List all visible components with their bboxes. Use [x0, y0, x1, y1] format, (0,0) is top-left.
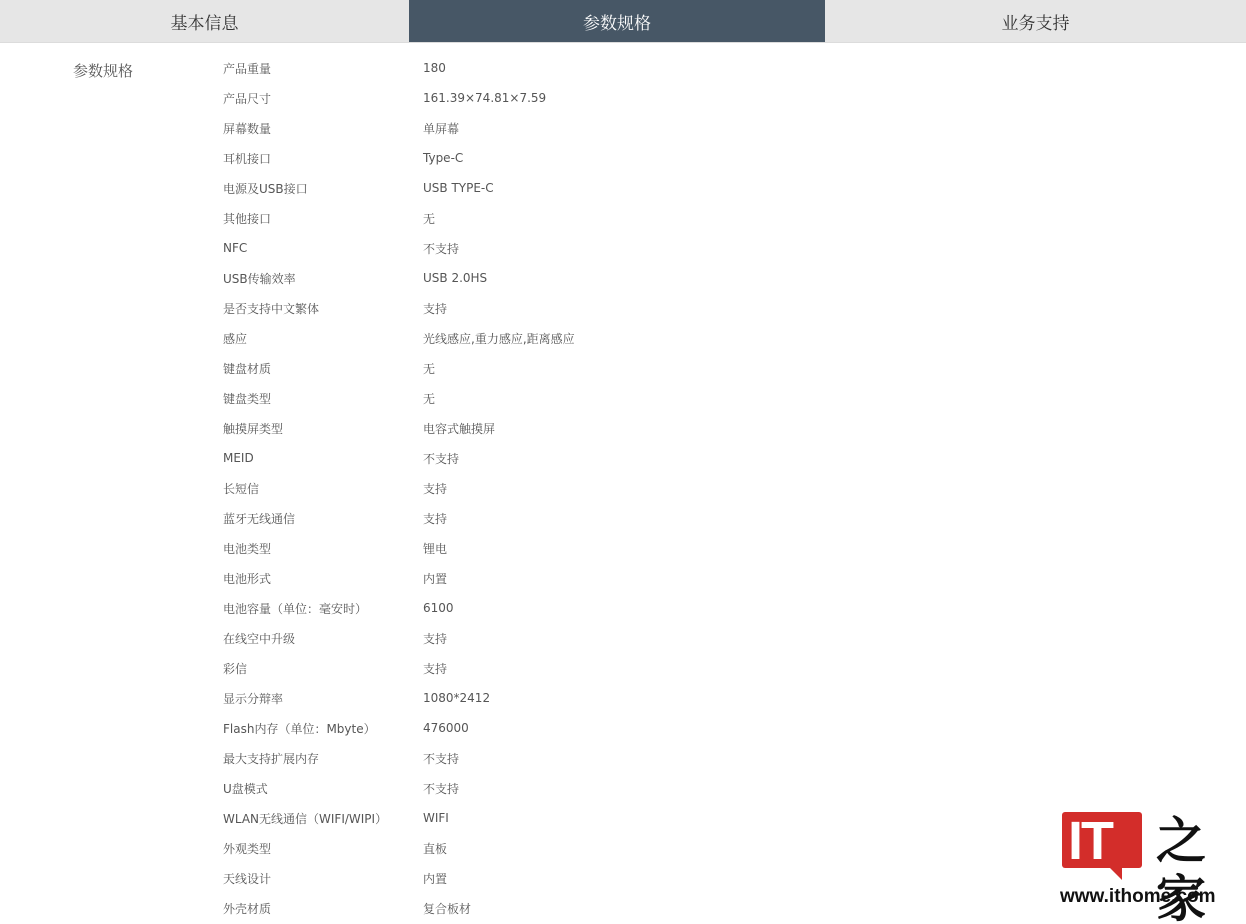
- spec-value: 无: [423, 390, 723, 407]
- tab-bar: 基本信息 参数规格 业务支持: [0, 0, 1246, 43]
- spec-key: MEID: [223, 451, 423, 465]
- spec-value: 不支持: [423, 450, 723, 467]
- spec-row: 电源及USB接口USB TYPE-C: [223, 173, 723, 203]
- spec-value: USB TYPE-C: [423, 181, 723, 195]
- spec-value: 1080*2412: [423, 691, 723, 705]
- logo-url: www.ithome.com: [1060, 886, 1216, 908]
- spec-value: 无: [423, 360, 723, 377]
- spec-value: 光线感应,重力感应,距离感应: [423, 330, 723, 347]
- spec-row: 长短信支持: [223, 473, 723, 503]
- spec-key: 在线空中升级: [223, 630, 423, 647]
- spec-key: WLAN无线通信（WIFI/WIPI）: [223, 810, 423, 827]
- spec-row: 感应光线感应,重力感应,距离感应: [223, 323, 723, 353]
- spec-key: 最大支持扩展内存: [223, 750, 423, 767]
- spec-row: MEID不支持: [223, 443, 723, 473]
- spec-value: 支持: [423, 630, 723, 647]
- spec-key: 感应: [223, 330, 423, 347]
- spec-value: 内置: [423, 870, 723, 887]
- spec-value: 支持: [423, 300, 723, 317]
- spec-value: 支持: [423, 660, 723, 677]
- spec-row: 外壳材质复合板材: [223, 893, 723, 923]
- spec-value: 无: [423, 210, 723, 227]
- spec-row: WLAN无线通信（WIFI/WIPI）WIFI: [223, 803, 723, 833]
- spec-row: 产品重量180: [223, 53, 723, 83]
- spec-key: 彩信: [223, 660, 423, 677]
- spec-row: 键盘材质无: [223, 353, 723, 383]
- spec-row: NFC不支持: [223, 233, 723, 263]
- spec-row: 其他接口无: [223, 203, 723, 233]
- spec-value: 不支持: [423, 780, 723, 797]
- spec-value: WIFI: [423, 811, 723, 825]
- spec-value: 支持: [423, 510, 723, 527]
- spec-row: U盘模式不支持: [223, 773, 723, 803]
- spec-row: Flash内存（单位：Mbyte）476000: [223, 713, 723, 743]
- spec-row: 天线设计内置: [223, 863, 723, 893]
- it-logo-text: IT: [1068, 812, 1112, 870]
- spec-row: 在线空中升级支持: [223, 623, 723, 653]
- spec-value: USB 2.0HS: [423, 271, 723, 285]
- spec-row: USB传输效率USB 2.0HS: [223, 263, 723, 293]
- spec-value: 支持: [423, 480, 723, 497]
- spec-key: 产品尺寸: [223, 90, 423, 107]
- spec-key: 电源及USB接口: [223, 180, 423, 197]
- spec-row: 耳机接口Type-C: [223, 143, 723, 173]
- spec-row: 电池容量（单位：毫安时）6100: [223, 593, 723, 623]
- spec-value: 单屏幕: [423, 120, 723, 137]
- spec-key: 键盘类型: [223, 390, 423, 407]
- spec-key: 屏幕数量: [223, 120, 423, 137]
- spec-row: 屏幕数量单屏幕: [223, 113, 723, 143]
- spec-key: 外观类型: [223, 840, 423, 857]
- section-title: 参数规格: [73, 60, 133, 81]
- it-logo-icon: IT: [1062, 812, 1142, 868]
- spec-row: 是否支持中文繁体支持: [223, 293, 723, 323]
- spec-key: USB传输效率: [223, 270, 423, 287]
- spec-value: 476000: [423, 721, 723, 735]
- spec-value: 电容式触摸屏: [423, 420, 723, 437]
- ithome-watermark: IT 之家 www.ithome.com: [1060, 810, 1230, 915]
- spec-value: 不支持: [423, 240, 723, 257]
- spec-key: NFC: [223, 241, 423, 255]
- spec-value: 复合板材: [423, 900, 723, 917]
- spec-row: 显示分辩率1080*2412: [223, 683, 723, 713]
- spec-key: 产品重量: [223, 60, 423, 77]
- spec-row: 最大支持扩展内存不支持: [223, 743, 723, 773]
- spec-value: 锂电: [423, 540, 723, 557]
- speech-bubble-tail-icon: [1108, 866, 1122, 880]
- spec-row: 电池形式内置: [223, 563, 723, 593]
- spec-key: 电池类型: [223, 540, 423, 557]
- spec-key: 是否支持中文繁体: [223, 300, 423, 317]
- spec-value: 不支持: [423, 750, 723, 767]
- spec-value: 180: [423, 61, 723, 75]
- spec-key: Flash内存（单位：Mbyte）: [223, 720, 423, 737]
- spec-table: 产品重量180产品尺寸161.39×74.81×7.59屏幕数量单屏幕耳机接口T…: [223, 53, 723, 923]
- spec-key: 键盘材质: [223, 360, 423, 377]
- spec-key: 电池容量（单位：毫安时）: [223, 600, 423, 617]
- spec-value: 161.39×74.81×7.59: [423, 91, 723, 105]
- tab-specs[interactable]: 参数规格: [409, 0, 825, 42]
- spec-key: 长短信: [223, 480, 423, 497]
- spec-row: 电池类型锂电: [223, 533, 723, 563]
- spec-row: 键盘类型无: [223, 383, 723, 413]
- spec-key: 显示分辩率: [223, 690, 423, 707]
- spec-value: 内置: [423, 570, 723, 587]
- tab-business-support[interactable]: 业务支持: [825, 0, 1246, 42]
- tab-basic-info[interactable]: 基本信息: [0, 0, 409, 42]
- spec-row: 产品尺寸161.39×74.81×7.59: [223, 83, 723, 113]
- spec-key: 触摸屏类型: [223, 420, 423, 437]
- spec-key: 电池形式: [223, 570, 423, 587]
- spec-value: 6100: [423, 601, 723, 615]
- spec-value: Type-C: [423, 151, 723, 165]
- spec-row: 蓝牙无线通信支持: [223, 503, 723, 533]
- spec-row: 触摸屏类型电容式触摸屏: [223, 413, 723, 443]
- spec-key: 其他接口: [223, 210, 423, 227]
- spec-row: 彩信支持: [223, 653, 723, 683]
- spec-key: 外壳材质: [223, 900, 423, 917]
- spec-key: U盘模式: [223, 780, 423, 797]
- spec-key: 耳机接口: [223, 150, 423, 167]
- spec-value: 直板: [423, 840, 723, 857]
- spec-key: 天线设计: [223, 870, 423, 887]
- spec-key: 蓝牙无线通信: [223, 510, 423, 527]
- spec-row: 外观类型直板: [223, 833, 723, 863]
